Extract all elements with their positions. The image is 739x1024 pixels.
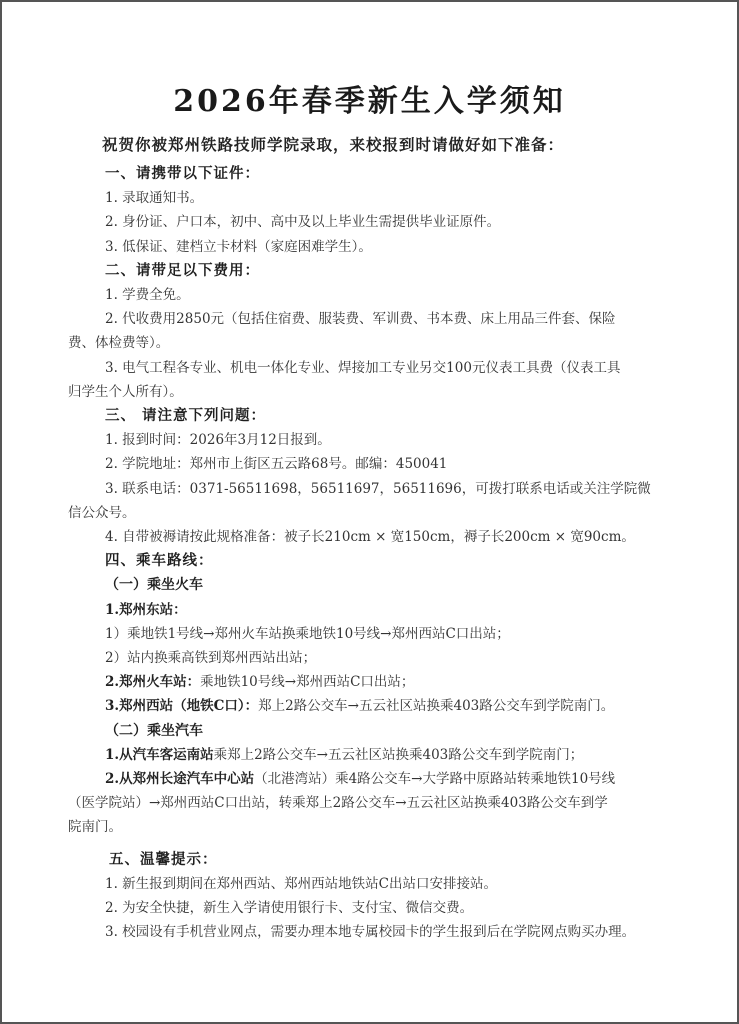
list-item: 1. 报到时间：2026年3月12日报到。 [105, 428, 685, 452]
notice-page: 2026年春季新生入学须知 祝贺你被郑州铁路技师学院录取，来校报到时请做好如下准… [0, 0, 739, 1024]
route-text: 郑上2路公交车→五云社区站换乘403路公交车到学院南门。 [258, 698, 614, 714]
subsection-heading-train: （一）乘坐火车 [105, 573, 685, 597]
list-item: 3. 电气工程各专业、机电一体化专业、焊接加工专业另交100元仪表工具费（仪表工… [105, 356, 685, 404]
list-item: 1. 学费全免。 [105, 283, 685, 307]
list-item: 4. 自带被褥请按此规格准备：被子长210cm × 宽150cm，褥子长200c… [105, 525, 685, 549]
page-title: 2026年春季新生入学须知 [2, 82, 737, 122]
list-item: 3. 校园设有手机营业网点，需要办理本地专属校园卡的学生报到后在学院网点购买办理… [105, 920, 685, 944]
list-item: 2. 代收费用2850元（包括住宿费、服装费、军训费、书本费、床上用品三件套、保… [105, 307, 685, 355]
route-item: 2）站内换乘高铁到郑州西站出站； [105, 646, 685, 670]
list-item: 3. 联系电话：0371-56511698，56511697，56511696，… [105, 477, 685, 525]
route-line: 院南门。 [68, 815, 685, 839]
route-item: 3.郑州西站（地铁C口）：郑上2路公交车→五云社区站换乘403路公交车到学院南门… [105, 694, 685, 718]
section-heading-notes: 三、 请注意下列问题： [105, 404, 685, 428]
list-item-line: 费、体检费等）。 [68, 331, 685, 355]
list-item: 1. 录取通知书。 [105, 186, 685, 210]
station-label: 3.郑州西站（地铁C口）： [105, 698, 258, 714]
list-item-line: 归学生个人所有）。 [68, 380, 685, 404]
list-item: 2. 学院地址：郑州市上街区五云路68号。邮编：450041 [105, 452, 685, 476]
subsection-heading-bus: （二）乘坐汽车 [105, 719, 685, 743]
list-item-line: 3. 电气工程各专业、机电一体化专业、焊接加工专业另交100元仪表工具费（仪表工… [105, 356, 685, 380]
station-label: 1.从汽车客运南站 [105, 747, 214, 763]
list-item: 3. 低保证、建档立卡材料（家庭困难学生）。 [105, 235, 685, 259]
section-heading-tips: 五、温馨提示： [109, 848, 685, 872]
list-item: 1. 新生报到期间在郑州西站、郑州西站地铁站C出站口安排接站。 [105, 872, 685, 896]
route-text: 乘地铁10号线→郑州西站C口出站； [200, 674, 414, 690]
list-item: 2. 身份证、户口本，初中、高中及以上毕业生需提供毕业证原件。 [105, 210, 685, 234]
station-label: 1.郑州东站： [105, 598, 685, 622]
route-text: 乘郑上2路公交车→五云社区站换乘403路公交车到学院南门； [214, 747, 584, 763]
section-heading-routes: 四、乘车路线： [105, 549, 685, 573]
list-item-line: 2. 代收费用2850元（包括住宿费、服装费、军训费、书本费、床上用品三件套、保… [105, 307, 685, 331]
section-heading-documents: 一、请携带以下证件： [105, 162, 685, 186]
section-heading-fees: 二、请带足以下费用： [105, 259, 685, 283]
route-line: 2.从郑州长途汽车中心站（北港湾站）乘4路公交车→大学路中原路站转乘地铁10号线 [105, 767, 685, 791]
notice-content: 一、请携带以下证件： 1. 录取通知书。 2. 身份证、户口本，初中、高中及以上… [105, 162, 685, 945]
intro-text: 祝贺你被郑州铁路技师学院录取，来校报到时请做好如下准备： [102, 133, 564, 157]
route-item: 1.从汽车客运南站乘郑上2路公交车→五云社区站换乘403路公交车到学院南门； [105, 743, 685, 767]
route-item: 1）乘地铁1号线→郑州火车站换乘地铁10号线→郑州西站C口出站； [105, 622, 685, 646]
route-item: 2.郑州火车站：乘地铁10号线→郑州西站C口出站； [105, 670, 685, 694]
station-label: 2.郑州火车站： [105, 674, 200, 690]
route-line: （医学院站）→郑州西站C口出站，转乘郑上2路公交车→五云社区站换乘403路公交车… [68, 791, 685, 815]
list-item: 2. 为安全快捷，新生入学请使用银行卡、支付宝、微信交费。 [105, 896, 685, 920]
route-item: 2.从郑州长途汽车中心站（北港湾站）乘4路公交车→大学路中原路站转乘地铁10号线… [105, 767, 685, 840]
route-text: （北港湾站）乘4路公交车→大学路中原路站转乘地铁10号线 [254, 771, 615, 787]
list-item-line: 信公众号。 [68, 501, 685, 525]
station-label: 2.从郑州长途汽车中心站 [105, 771, 254, 787]
list-item-line: 3. 联系电话：0371-56511698，56511697，56511696，… [105, 477, 685, 501]
